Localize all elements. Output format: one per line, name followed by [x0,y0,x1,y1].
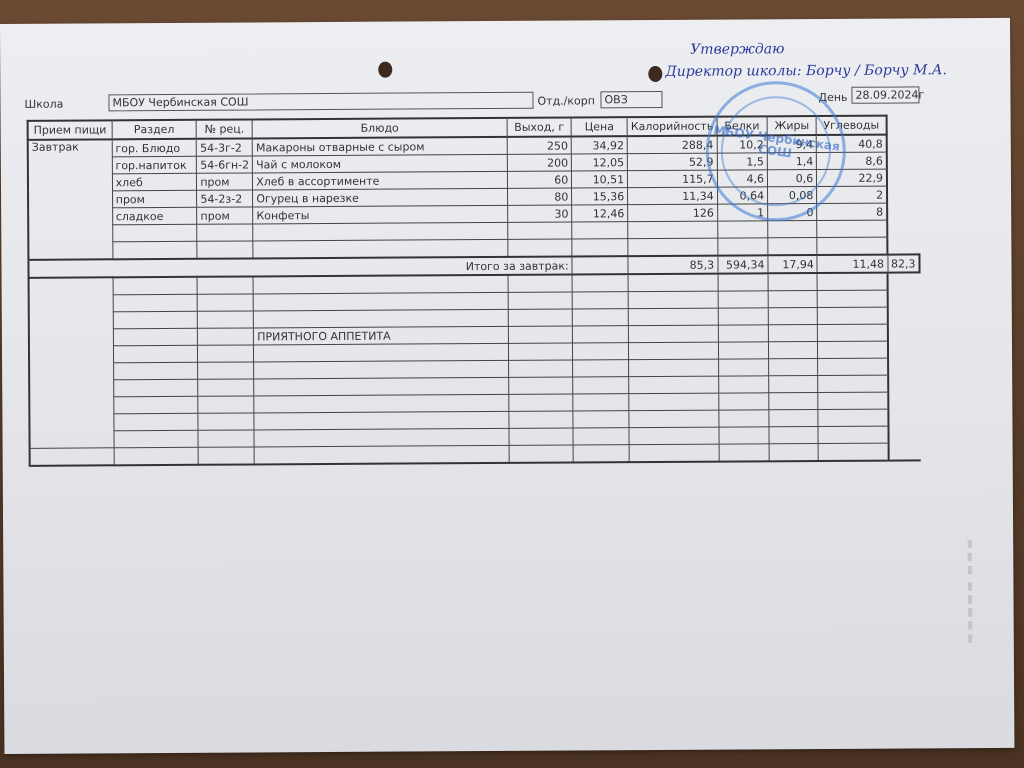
day-label: День [818,91,847,104]
recipe-cell: 54-2з-2 [197,190,253,207]
approval-title: Утверждаю [690,41,784,58]
protein-cell: 1 [717,204,767,221]
price-cell: 34,92 [571,136,627,154]
carbs-cell: 8 [817,203,887,220]
recipe-cell: 54-6гн-2 [197,156,253,173]
school-label: Школа [24,98,63,111]
col-meal: Прием пищи [28,120,112,140]
col-protein: Белки [717,116,767,135]
total-yield [572,256,628,274]
section-cell: гор. Блюдо [112,139,197,157]
kcal-cell: 52,9 [628,153,718,171]
protein-cell: 10,2 [717,135,767,153]
recipe-cell: пром [197,207,253,224]
bleed-through-text: ▮▮▮▮▮ ▮▮▮ [963,538,977,646]
price-cell: 12,05 [572,154,628,171]
fat-cell: 9,4 [767,135,816,153]
dept-label: Отд./корп [537,94,595,107]
col-recipe: № рец. [196,119,252,138]
kcal-cell: 126 [628,204,718,222]
meal-cell: Завтрак [28,139,113,260]
dept-field: ОВЗ [600,91,662,108]
price-cell: 10,51 [572,171,628,188]
section-cell: гор.напиток [112,156,197,174]
dish-cell: Огурец в нарезке [253,188,508,207]
col-price: Цена [571,117,627,136]
punch-hole-left [378,62,392,78]
total-protein: 17,94 [768,255,817,273]
total-price: 85,3 [628,256,718,275]
dish-cell: Макароны отварные с сыром [252,137,507,156]
section-cell: пром [112,190,197,208]
dish-cell: Чай с молоком [253,154,508,173]
recipe-cell: пром [197,173,253,190]
yield-cell: 200 [507,154,571,171]
kcal-cell: 288,4 [627,136,717,154]
yield-cell: 250 [507,137,571,155]
section-cell: сладкое [112,207,197,225]
total-fat: 11,48 [817,255,887,273]
approval-signature: Директор школы: Борчу / Борчу М.А. [665,62,947,80]
price-cell: 15,36 [572,188,628,205]
section-cell: хлеб [112,173,197,191]
col-dish: Блюдо [252,118,507,139]
fat-cell: 1,4 [767,153,816,170]
menu-table: Прием пищи Раздел № рец. Блюдо Выход, г … [27,114,922,466]
col-yield: Выход, г [507,118,572,137]
kcal-cell: 115,7 [628,170,718,188]
col-carbs: Углеводы [816,116,886,135]
total-kcal: 594,34 [718,255,768,273]
dish-cell: Хлеб в ассортименте [253,171,508,190]
total-carbs: 82,3 [887,254,919,272]
yield-cell: 30 [507,205,571,222]
carbs-cell: 22,9 [817,169,887,186]
price-cell: 12,46 [572,205,628,222]
fat-cell: 0,6 [767,170,816,187]
yield-cell: 80 [507,188,571,205]
recipe-cell: 54-3г-2 [197,138,253,156]
dish-cell: Конфеты [253,205,508,224]
yield-cell: 60 [507,171,571,188]
punch-hole-right [648,66,662,82]
menu-sheet: Утверждаю Директор школы: Борчу / Борчу … [0,18,1014,754]
date-field: 28.09.2024г [851,86,919,103]
col-kcal: Калорийность [627,117,717,137]
col-section: Раздел [112,120,197,140]
footer-note: ПРИЯТНОГО АППЕТИТА [254,326,509,345]
protein-cell: 0,64 [717,187,767,204]
carbs-cell: 8,6 [817,152,887,169]
carbs-cell: 2 [817,186,887,203]
col-fat: Жиры [767,116,816,135]
fat-cell: 0 [768,204,817,221]
protein-cell: 1,5 [717,153,767,170]
protein-cell: 4,6 [717,170,767,187]
kcal-cell: 11,34 [628,187,718,205]
school-field: МБОУ Чербинская СОШ [108,92,533,112]
fat-cell: 0,08 [767,187,816,204]
carbs-cell: 40,8 [817,135,887,153]
